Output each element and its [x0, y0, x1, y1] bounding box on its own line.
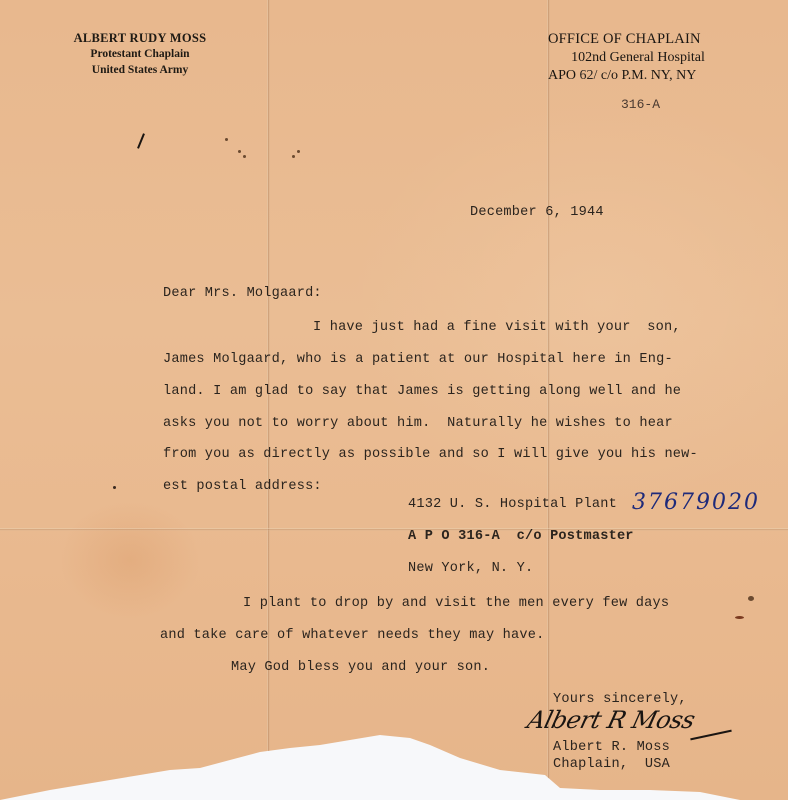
- salutation: Dear Mrs. Molgaard:: [163, 286, 322, 301]
- apo-struck-number: 62/: [580, 68, 598, 83]
- body-line: I plant to drop by and visit the men eve…: [243, 596, 669, 611]
- typed-title: Chaplain, USA: [553, 757, 670, 772]
- address-line-3: New York, N. Y.: [408, 561, 533, 576]
- office-name: OFFICE OF CHAPLAIN: [548, 31, 728, 48]
- paper-speck: [225, 138, 228, 141]
- address-line-2: A P O 316-A c/o Postmaster: [408, 529, 634, 544]
- body-line: est postal address:: [163, 479, 322, 494]
- blessing-line: May God bless you and your son.: [231, 660, 490, 675]
- apo-suffix: c/o P.M. NY, NY: [597, 68, 696, 83]
- letterhead-office: OFFICE OF CHAPLAIN 102nd General Hospita…: [548, 31, 728, 84]
- paper-speck: [292, 155, 295, 158]
- fold-line-vertical-right: [547, 0, 550, 800]
- paper-speck: [238, 150, 241, 153]
- letterhead-sender: ALBERT RUDY MOSS Protestant Chaplain Uni…: [40, 31, 240, 78]
- body-line: James Molgaard, who is a patient at our …: [163, 352, 673, 367]
- typed-name: Albert R. Moss: [553, 740, 670, 755]
- body-line: land. I am glad to say that James is get…: [163, 384, 681, 399]
- sender-organization: United States Army: [40, 62, 240, 78]
- handwritten-signature: Albert R Moss: [525, 706, 698, 734]
- body-line: and take care of whatever needs they may…: [160, 628, 544, 643]
- paper-speck: [113, 486, 116, 489]
- letter-date: December 6, 1944: [470, 205, 604, 220]
- apo-prefix: APO: [548, 68, 580, 83]
- apo-typed-correction: 316-A: [621, 97, 660, 112]
- apo-line: APO 62/ c/o P.M. NY, NY: [548, 68, 728, 84]
- sender-name: ALBERT RUDY MOSS: [40, 31, 240, 46]
- body-line: from you as directly as possible and so …: [163, 447, 698, 462]
- handwritten-serial-number: 37679020: [632, 490, 760, 515]
- valediction: Yours sincerely,: [553, 692, 687, 707]
- paper-speck: [748, 596, 754, 601]
- address-line-1: 4132 U. S. Hospital Plant: [408, 497, 617, 512]
- letter-paper: ALBERT RUDY MOSS Protestant Chaplain Uni…: [0, 0, 788, 800]
- hospital-name: 102nd General Hospital: [548, 50, 728, 66]
- paper-speck: [243, 155, 246, 158]
- fold-line-vertical-left: [267, 0, 270, 800]
- sender-title: Protestant Chaplain: [40, 46, 240, 62]
- body-line: I have just had a fine visit with your s…: [313, 320, 681, 335]
- fold-line-horizontal: [0, 528, 788, 531]
- paper-speck: [735, 616, 744, 619]
- signature-flourish: [690, 730, 731, 741]
- body-line: asks you not to worry about him. Natural…: [163, 416, 673, 431]
- paper-speck: [297, 150, 300, 153]
- margin-pen-mark: [137, 133, 145, 149]
